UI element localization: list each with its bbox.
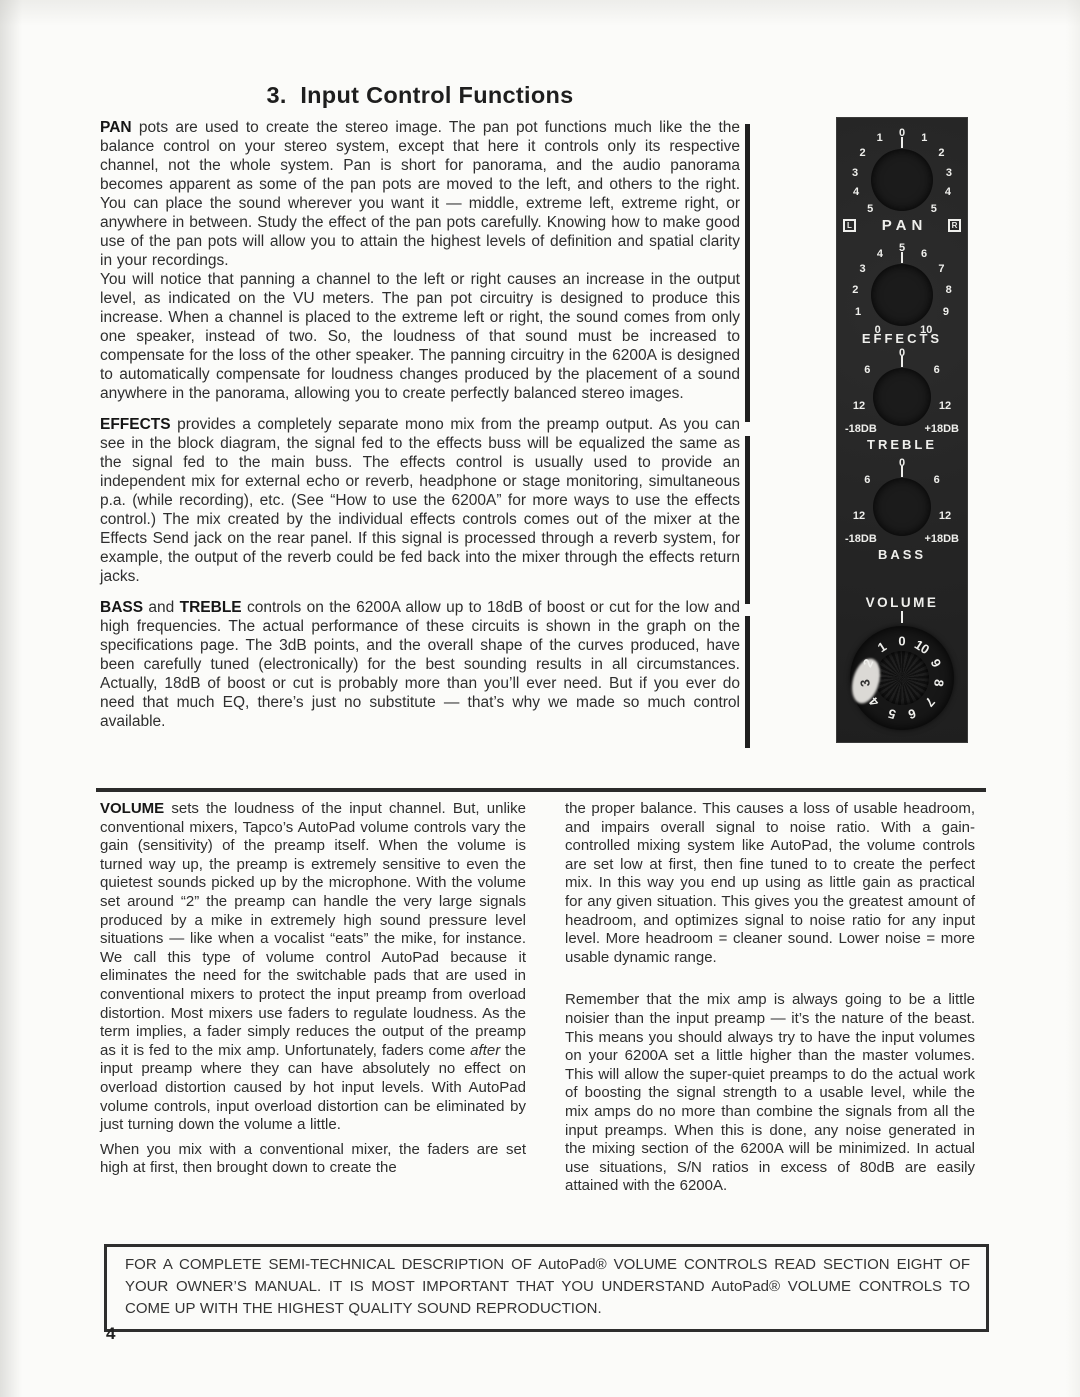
knob-scale-number: 5 (931, 203, 937, 215)
knob-scale-number: 6 (934, 474, 940, 486)
paragraph-balance: the proper balance. This causes a loss o… (565, 800, 975, 967)
knob-scale-number: 4 (853, 186, 859, 198)
autopad-note-box: FOR A COMPLETE SEMI-TECHNICAL DESCRIPTIO… (104, 1244, 989, 1332)
pan-text: pots are used to create the stereo image… (100, 119, 740, 269)
knob-scale-number: 8 (946, 284, 952, 296)
knob-scale-number: 6 (934, 364, 940, 376)
knob-scale-number: 0 (899, 457, 905, 469)
knob-scale-number: 1 (921, 132, 927, 144)
bass-max-label: +18DB (924, 533, 959, 545)
bass-lead: BASS (100, 599, 143, 616)
volume-label: VOLUME (836, 595, 968, 610)
volume-dial-number: 0 (898, 634, 905, 649)
volume-lead: VOLUME (100, 800, 164, 817)
bass-label: BASS (836, 547, 968, 562)
eq-text: controls on the 6200A allow up to 18dB o… (100, 599, 740, 730)
paragraph-volume: VOLUME sets the loudness of the input ch… (100, 800, 526, 1135)
effects-knob (871, 264, 933, 326)
knob-scale-number: 6 (921, 248, 927, 260)
knob-scale-number: 5 (867, 203, 873, 215)
knob-scale-number: 4 (945, 186, 951, 198)
knob-scale-number: 0 (899, 127, 905, 139)
volume-pointer-mark (901, 611, 903, 623)
paragraph-mixing: When you mix with a conventional mixer, … (100, 1141, 526, 1178)
effects-text: provides a completely separate mono mix … (100, 416, 740, 585)
effects-label: EFFECTS (836, 331, 968, 346)
knob-scale-number: 3 (852, 167, 858, 179)
volume-text-italic: after (470, 1042, 500, 1059)
paragraph-effects: EFFECTS provides a completely separate m… (100, 415, 740, 586)
knob-scale-number: 12 (939, 400, 951, 412)
knob-scale-number: 5 (899, 242, 905, 254)
balance-text: the proper balance. This causes a loss o… (565, 800, 975, 966)
section-divider-rule (96, 788, 986, 792)
knob-scale-number: 1 (877, 132, 883, 144)
bass-min-label: -18DB (845, 533, 877, 545)
treble-label: TREBLE (836, 437, 968, 452)
paragraph-remember: Remember that the mix amp is always goin… (565, 991, 975, 1196)
knob-scale-number: 3 (860, 263, 866, 275)
eq-mid-text: and (143, 599, 180, 616)
knob-scale-number: 3 (946, 167, 952, 179)
paragraph-bass-treble: BASS and TREBLE controls on the 6200A al… (100, 598, 740, 731)
bass-minmax-row: -18DB +18DB (845, 533, 959, 545)
treble-max-label: +18DB (924, 423, 959, 435)
pan-text-2: You will notice that panning a channel t… (100, 271, 740, 402)
treble-min-label: -18DB (845, 423, 877, 435)
knob-pointer-mark (901, 137, 903, 148)
page-number: 4 (106, 1324, 115, 1344)
change-bar-pan (745, 124, 750, 422)
knob-scale-number: 1 (855, 306, 861, 318)
knob-scale-number: 9 (943, 306, 949, 318)
paragraph-pan-2: You will notice that panning a channel t… (100, 270, 740, 403)
volume-text-a: sets the loudness of the input channel. … (100, 800, 526, 1059)
input-channel-controls-figure: L PAN R EFFECTS -18DB +18DB TREBLE -18DB… (836, 117, 968, 743)
right-column: the proper balance. This causes a loss o… (565, 800, 975, 1196)
pan-label: PAN (877, 217, 928, 234)
knob-scale-number: 0 (875, 324, 881, 336)
knob-scale-number: 6 (864, 364, 870, 376)
knob-scale-number: 2 (938, 147, 944, 159)
knob-scale-number: 10 (920, 324, 932, 336)
knob-scale-number: 6 (864, 474, 870, 486)
pan-left-marker-icon: L (843, 219, 856, 232)
paragraph-pan: PAN pots are used to create the stereo i… (100, 118, 740, 270)
treble-minmax-row: -18DB +18DB (845, 423, 959, 435)
knob-scale-number: 2 (852, 284, 858, 296)
pan-knob (871, 149, 933, 211)
remember-text: Remember that the mix amp is always goin… (565, 991, 975, 1194)
page-title: 3. Input Control Functions (100, 82, 740, 109)
pan-lead: PAN (100, 119, 132, 136)
change-bar-effects (745, 436, 750, 604)
knob-scale-number: 2 (860, 147, 866, 159)
main-text-block: PAN pots are used to create the stereo i… (100, 118, 740, 731)
knob-scale-number: 7 (938, 263, 944, 275)
manual-page: 3. Input Control Functions PAN pots are … (0, 0, 1080, 1397)
knob-scale-number: 12 (853, 510, 865, 522)
knob-scale-number: 12 (939, 510, 951, 522)
treble-knob (873, 368, 931, 426)
change-bar-bass-treble (745, 616, 750, 748)
knob-scale-number: 0 (899, 347, 905, 359)
left-column: VOLUME sets the loudness of the input ch… (100, 800, 526, 1178)
effects-lead: EFFECTS (100, 416, 171, 433)
knob-scale-number: 4 (877, 248, 883, 260)
pan-label-row: L PAN R (843, 217, 961, 234)
mixing-text: When you mix with a conventional mixer, … (100, 1141, 526, 1177)
knob-scale-number: 12 (853, 400, 865, 412)
pan-right-marker-icon: R (948, 219, 961, 232)
bass-knob (873, 478, 931, 536)
treble-lead: TREBLE (180, 599, 242, 616)
